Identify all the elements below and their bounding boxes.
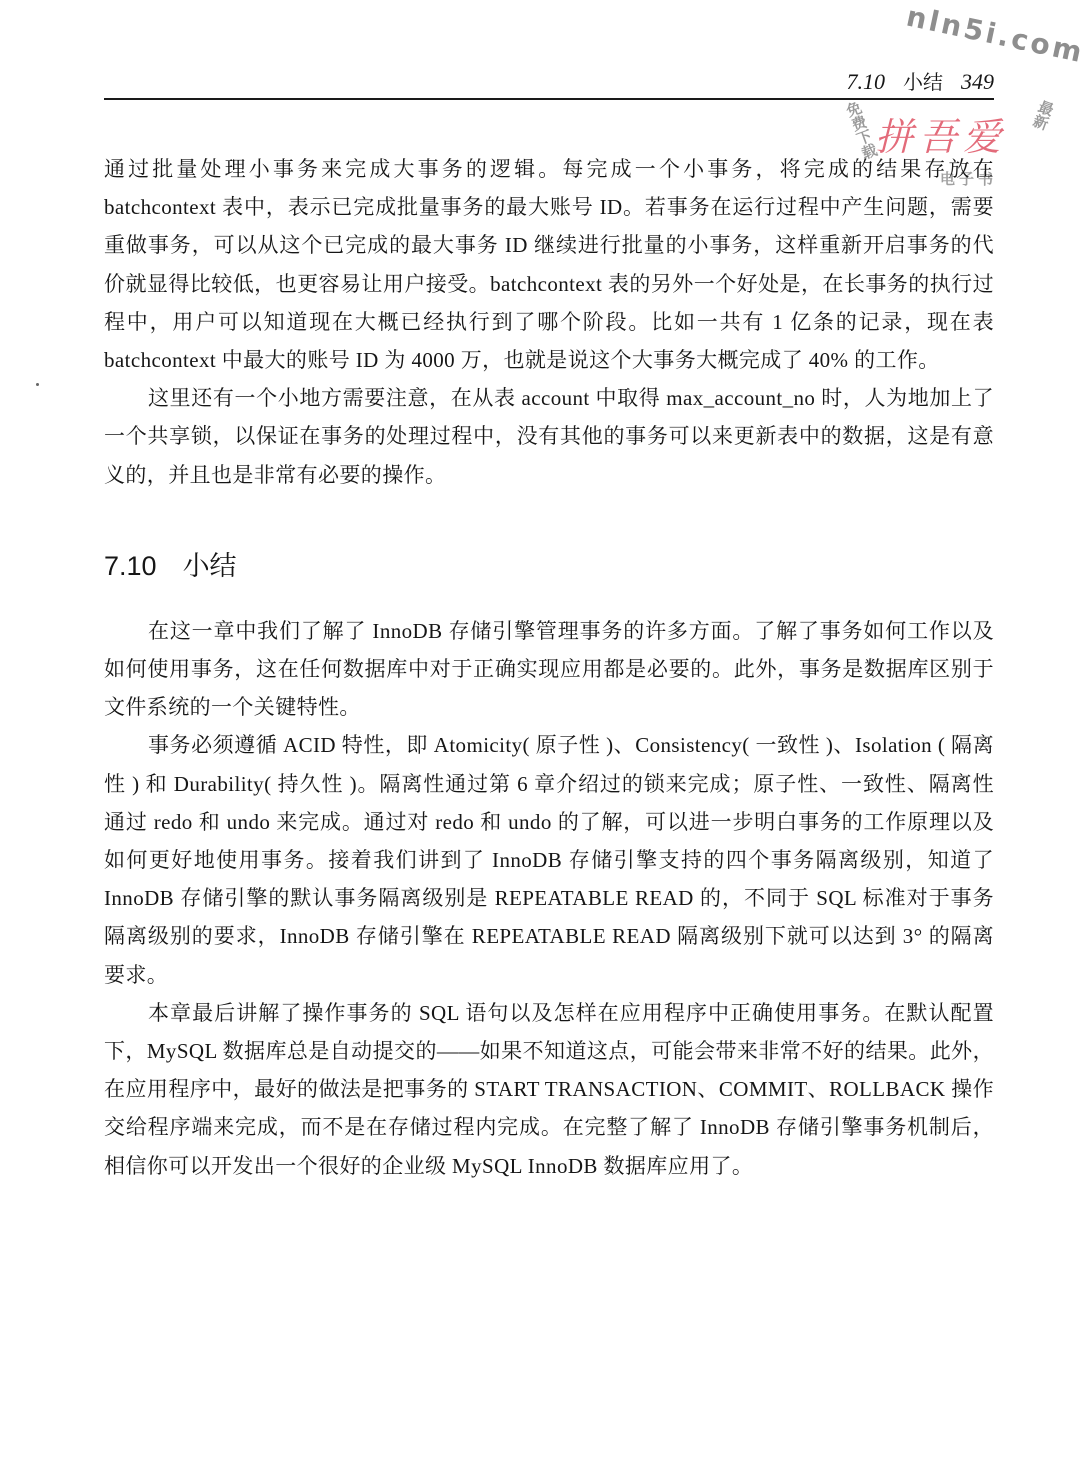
paragraph: 事务必须遵循 ACID 特性，即 Atomicity( 原子性 )、Consis… [104, 726, 994, 993]
running-header: 7.10小结349 [104, 70, 994, 100]
header-section-number: 7.10 [847, 69, 886, 94]
paragraph: 在这一章中我们了解了 InnoDB 存储引擎管理事务的许多方面。了解了事务如何工… [104, 612, 994, 727]
paragraph: 本章最后讲解了操作事务的 SQL 语句以及怎样在应用程序中正确使用事务。在默认配… [104, 994, 994, 1185]
watermark-site-text: nln5i.com [904, 0, 1080, 69]
section-number: 7.10 [104, 551, 157, 581]
page-number: 349 [961, 69, 994, 94]
page-body: 通过批量处理小事务来完成大事务的逻辑。每完成一个小事务，将完成的结果存放在 ba… [104, 150, 994, 1185]
section-title: 小结 [183, 551, 237, 581]
watermark-right-text: 最新 [1029, 97, 1059, 132]
paragraph: 这里还有一个小地方需要注意，在从表 account 中取得 max_accoun… [104, 379, 994, 494]
scan-speck [36, 383, 39, 386]
header-section-title: 小结 [903, 72, 943, 94]
section-heading: 7.10小结 [104, 546, 994, 586]
paragraph-continued: 通过批量处理小事务来完成大事务的逻辑。每完成一个小事务，将完成的结果存放在 ba… [104, 150, 994, 379]
